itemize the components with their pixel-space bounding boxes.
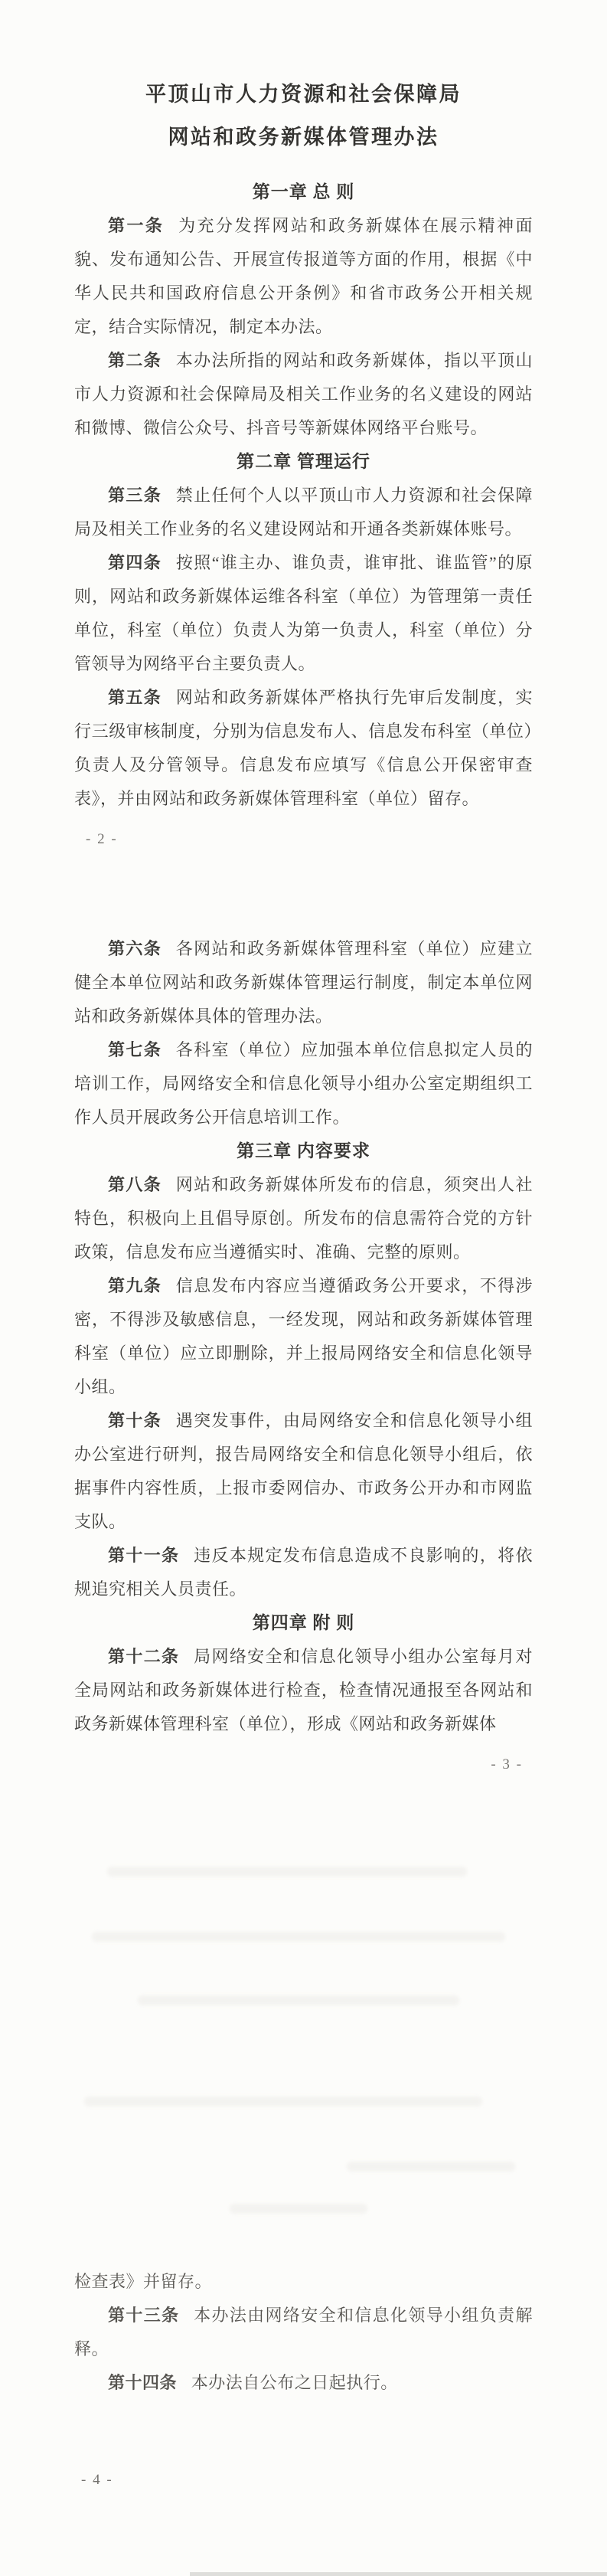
article-14-lead: 第十四条 — [108, 2373, 177, 2392]
article-7-lead: 第七条 — [108, 1040, 162, 1059]
scan-edge-artifact — [190, 2572, 607, 2576]
chapter-heading-3: 第三章 内容要求 — [74, 1134, 533, 1168]
article-10-lead: 第十条 — [108, 1411, 162, 1430]
page-number-3: - 3 - — [0, 1755, 607, 1775]
article-12-continuation: 检查表》并留存。 — [74, 2265, 533, 2299]
article-3-lead: 第三条 — [108, 486, 162, 505]
chapter-heading-2: 第二章 管理运行 — [74, 445, 533, 479]
bleed-through-artifact — [84, 2096, 482, 2106]
article-13: 第十三条本办法由网络安全和信息化领导小组负责解释。 — [74, 2299, 533, 2366]
article-6: 第六条各网站和政务新媒体管理科室（单位）应建立健全本单位网站和政务新媒体管理运行… — [74, 932, 533, 1033]
article-9: 第九条信息发布内容应当遵循政务公开要求，不得涉密，不得涉及敏感信息，一经发现，网… — [74, 1269, 533, 1404]
document-title-line-2: 网站和政务新媒体管理办法 — [0, 116, 607, 159]
page-2: 第六条各网站和政务新媒体管理科室（单位）应建立健全本单位网站和政务新媒体管理运行… — [0, 932, 607, 1741]
article-14-body: 本办法自公布之日起执行。 — [191, 2373, 398, 2392]
article-2: 第二条本办法所指的网站和政务新媒体，指以平顶山市人力资源和社会保障局及相关工作业… — [74, 344, 533, 445]
article-7: 第七条各科室（单位）应加强本单位信息拟定人员的培训工作，局网络安全和信息化领导小… — [74, 1033, 533, 1134]
article-12-continuation-body: 检查表》并留存。 — [74, 2272, 212, 2291]
bleed-through-artifact — [138, 1995, 459, 2005]
article-8-lead: 第八条 — [108, 1175, 162, 1194]
chapter-heading-4: 第四章 附 则 — [74, 1606, 533, 1640]
article-2-lead: 第二条 — [108, 351, 162, 370]
article-6-lead: 第六条 — [108, 939, 162, 958]
article-10: 第十条遇突发事件，由局网络安全和信息化领导小组办公室进行研判，报告局网络安全和信… — [74, 1404, 533, 1539]
document-body: 平顶山市人力资源和社会保障局 网站和政务新媒体管理办法 第一章 总 则 第一条为… — [0, 0, 607, 2490]
bleed-through-artifact — [107, 1867, 467, 1877]
bleed-through-artifact — [92, 1932, 505, 1942]
article-11-lead: 第十一条 — [108, 1546, 179, 1565]
article-5: 第五条网站和政务新媒体严格执行先审后发制度，实行三级审核制度，分别为信息发布人、… — [74, 681, 533, 816]
article-12-lead: 第十二条 — [108, 1647, 179, 1666]
scanned-document: 平顶山市人力资源和社会保障局 网站和政务新媒体管理办法 第一章 总 则 第一条为… — [0, 0, 607, 2576]
article-4: 第四条按照“谁主办、谁负责，谁审批、谁监管”的原则，网站和政务新媒体运维各科室（… — [74, 546, 533, 681]
chapter-heading-1: 第一章 总 则 — [74, 175, 533, 209]
article-14: 第十四条本办法自公布之日起执行。 — [74, 2366, 533, 2400]
page-1: 第一章 总 则 第一条为充分发挥网站和政务新媒体在展示精神面貌、发布通知公告、开… — [0, 175, 607, 816]
article-9-lead: 第九条 — [108, 1276, 162, 1295]
page-number-2: - 2 - — [0, 830, 607, 849]
article-11: 第十一条违反本规定发布信息造成不良影响的，将依规追究相关人员责任。 — [74, 1539, 533, 1606]
bleed-through-artifact — [230, 2204, 367, 2214]
article-4-lead: 第四条 — [108, 553, 162, 572]
page-number-4: - 4 - — [0, 2470, 607, 2490]
article-3: 第三条禁止任何个人以平顶山市人力资源和社会保障局及相关工作业务的名义建设网站和开… — [74, 479, 533, 546]
document-title: 平顶山市人力资源和社会保障局 网站和政务新媒体管理办法 — [0, 73, 607, 159]
article-8: 第八条网站和政务新媒体所发布的信息，须突出人社特色，积极向上且倡导原创。所发布的… — [74, 1168, 533, 1269]
bleed-through-artifact — [347, 2162, 515, 2172]
article-1-lead: 第一条 — [108, 216, 164, 235]
blank-gap — [0, 1775, 607, 2265]
page-3: 检查表》并留存。 第十三条本办法由网络安全和信息化领导小组负责解释。 第十四条本… — [0, 2265, 607, 2400]
article-12: 第十二条局网络安全和信息化领导小组办公室每月对全局网站和政务新媒体进行检查，检查… — [74, 1640, 533, 1741]
article-5-lead: 第五条 — [108, 688, 162, 707]
article-13-lead: 第十三条 — [108, 2306, 179, 2325]
article-1: 第一条为充分发挥网站和政务新媒体在展示精神面貌、发布通知公告、开展宣传报道等方面… — [74, 209, 533, 344]
document-title-line-1: 平顶山市人力资源和社会保障局 — [0, 73, 607, 116]
